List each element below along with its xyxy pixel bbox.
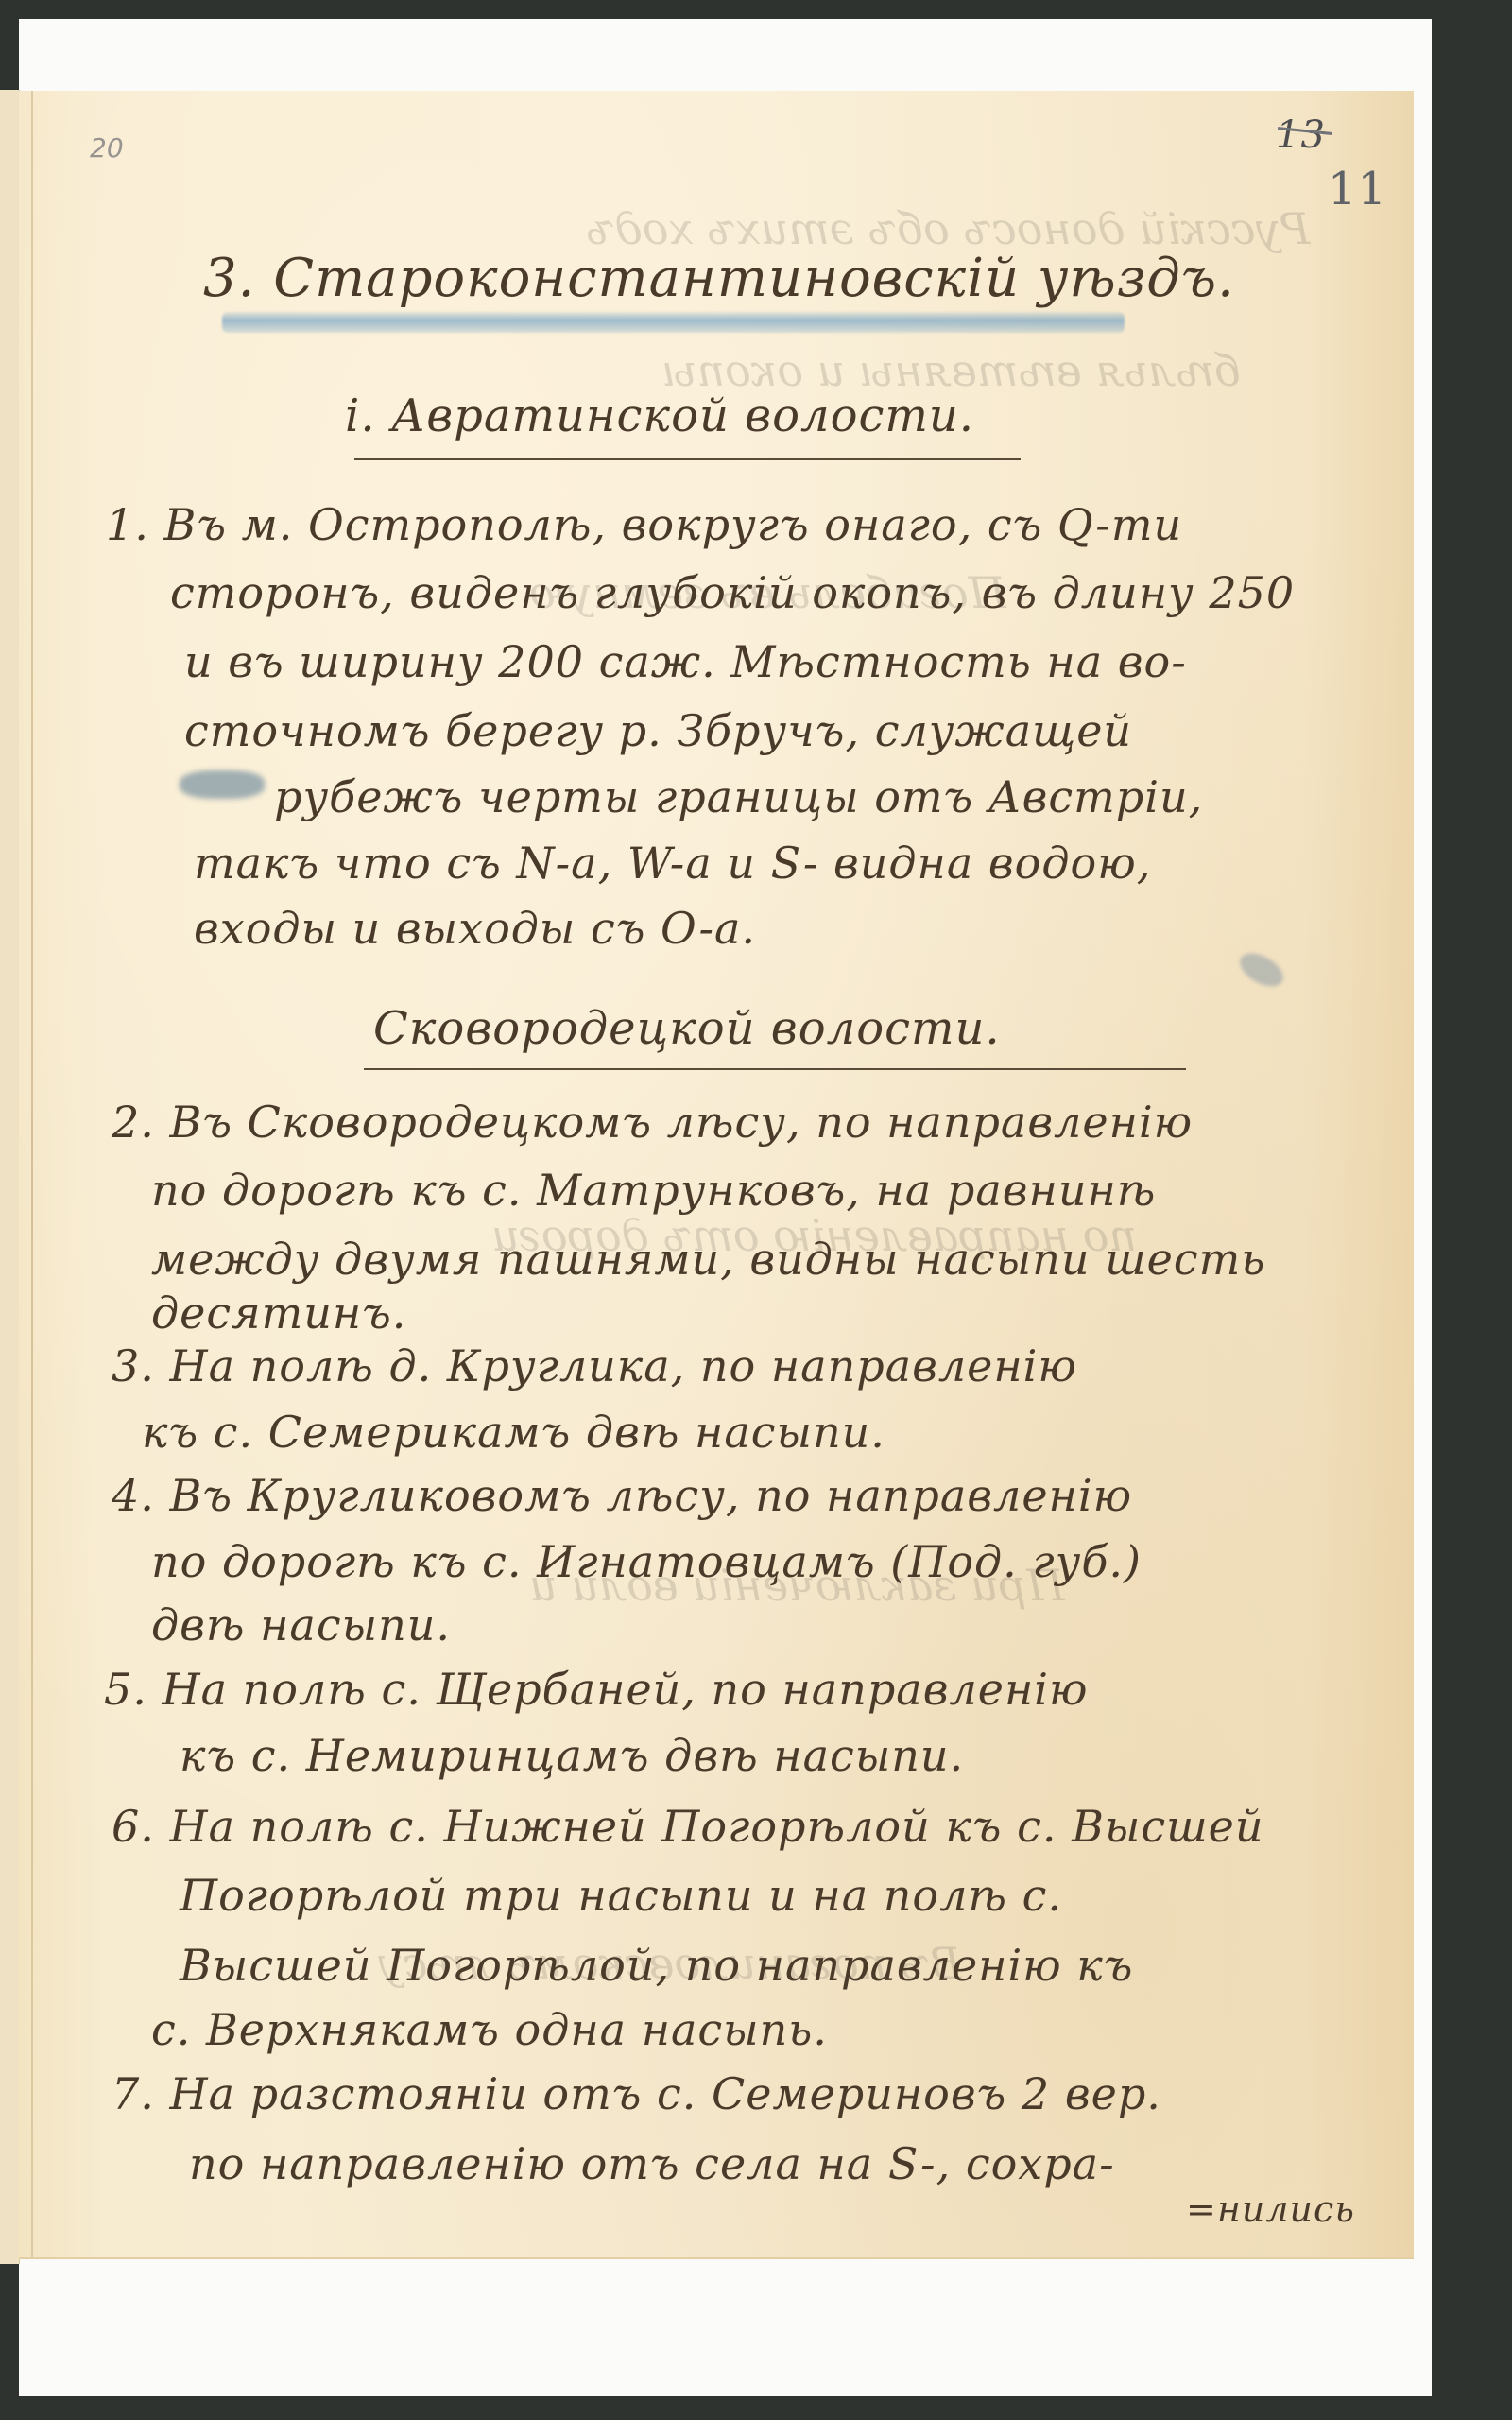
entry-6-line: Погорѣлой три насыпи и на полѣ с. [180, 1870, 1062, 1921]
entry-2-line: 2. Въ Сковородецкомъ лѣсу, по направлені… [112, 1097, 1193, 1148]
entry-7-line: =нились [1186, 2188, 1355, 2230]
bleed-through-text: Русскій доносъ объ этихъ ходъ [586, 203, 1310, 254]
subtitle-volost: i. Авратинской волости. [345, 389, 974, 442]
entry-1-line: сторонъ, виденъ глубокій окопъ, въ длину… [170, 567, 1295, 618]
entry-1-line: сточномъ берегу р. Збручъ, служащей [184, 705, 1132, 756]
struck-out-word-smudge [180, 770, 265, 799]
entry-1-line: и въ ширину 200 саж. Мѣстность на во- [184, 636, 1187, 687]
entry-4-line: по дорогѣ къ с. Игнатовцамъ (Под. губ.) [151, 1536, 1142, 1587]
page-title: 3. Староконстантиновскій уѣздъ. [203, 248, 1235, 309]
entry-7-line: по направленію отъ села на S-, сохра- [189, 2138, 1115, 2189]
entry-1-line: входы и выходы съ O-а. [194, 903, 756, 954]
entry-2-line: десятинъ. [151, 1288, 406, 1339]
entry-1-line: рубежъ черты границы отъ Австріи, [274, 771, 1203, 822]
fold-line [31, 91, 33, 2257]
entry-5-line: 5. На полѣ с. Щербаней, по направленію [104, 1664, 1089, 1715]
entry-2-line: между двумя пашнями, видны насыпи шесть [151, 1234, 1265, 1285]
section-underline [364, 1068, 1186, 1070]
entry-5-line: къ с. Немиринцамъ двѣ насыпи. [180, 1730, 964, 1781]
entry-1-line: 1. Въ м. Острополѣ, вокругъ онаго, съ Q-… [106, 499, 1182, 550]
binding-strip [0, 90, 20, 2264]
subtitle-underline [354, 458, 1021, 460]
blue-pencil-underline [222, 312, 1125, 333]
entry-1-line: такъ что съ N-а, W-а и S- видна водою, [194, 838, 1151, 889]
entry-2-line: по дорогѣ къ с. Матрунковъ, на равнинѣ [151, 1165, 1156, 1216]
bleed-through-text: бѣлья вѣтвяны и окопы [661, 345, 1241, 396]
entry-6-line: 6. На полѣ с. Нижней Погорѣлой къ с. Выс… [112, 1801, 1264, 1852]
entry-6-line: с. Верхнякамъ одна насыпь. [151, 2004, 828, 2055]
section-heading: Сковородецкой волости. [373, 1002, 1001, 1055]
folio-number: 13 [1276, 113, 1326, 157]
entry-3-line: 3. На полѣ д. Круглика, по направленію [112, 1340, 1077, 1391]
archive-mark: 11 [1328, 163, 1387, 216]
entry-3-line: къ с. Семерикамъ двѣ насыпи. [142, 1407, 885, 1458]
entry-4-line: 4. Въ Кругликовомъ лѣсу, по направленію [112, 1470, 1132, 1521]
entry-7-line: 7. На разстояніи отъ с. Семериновъ 2 вер… [112, 2068, 1161, 2119]
scan-stage: Русскій доносъ объ этихъ ходъ бѣлья вѣтв… [0, 0, 1512, 2420]
corner-pencil-number: 20 [90, 132, 124, 164]
entry-4-line: двѣ насыпи. [151, 1599, 451, 1651]
entry-6-line: Высшей Погорѣлой, по направленію къ [180, 1940, 1133, 1991]
